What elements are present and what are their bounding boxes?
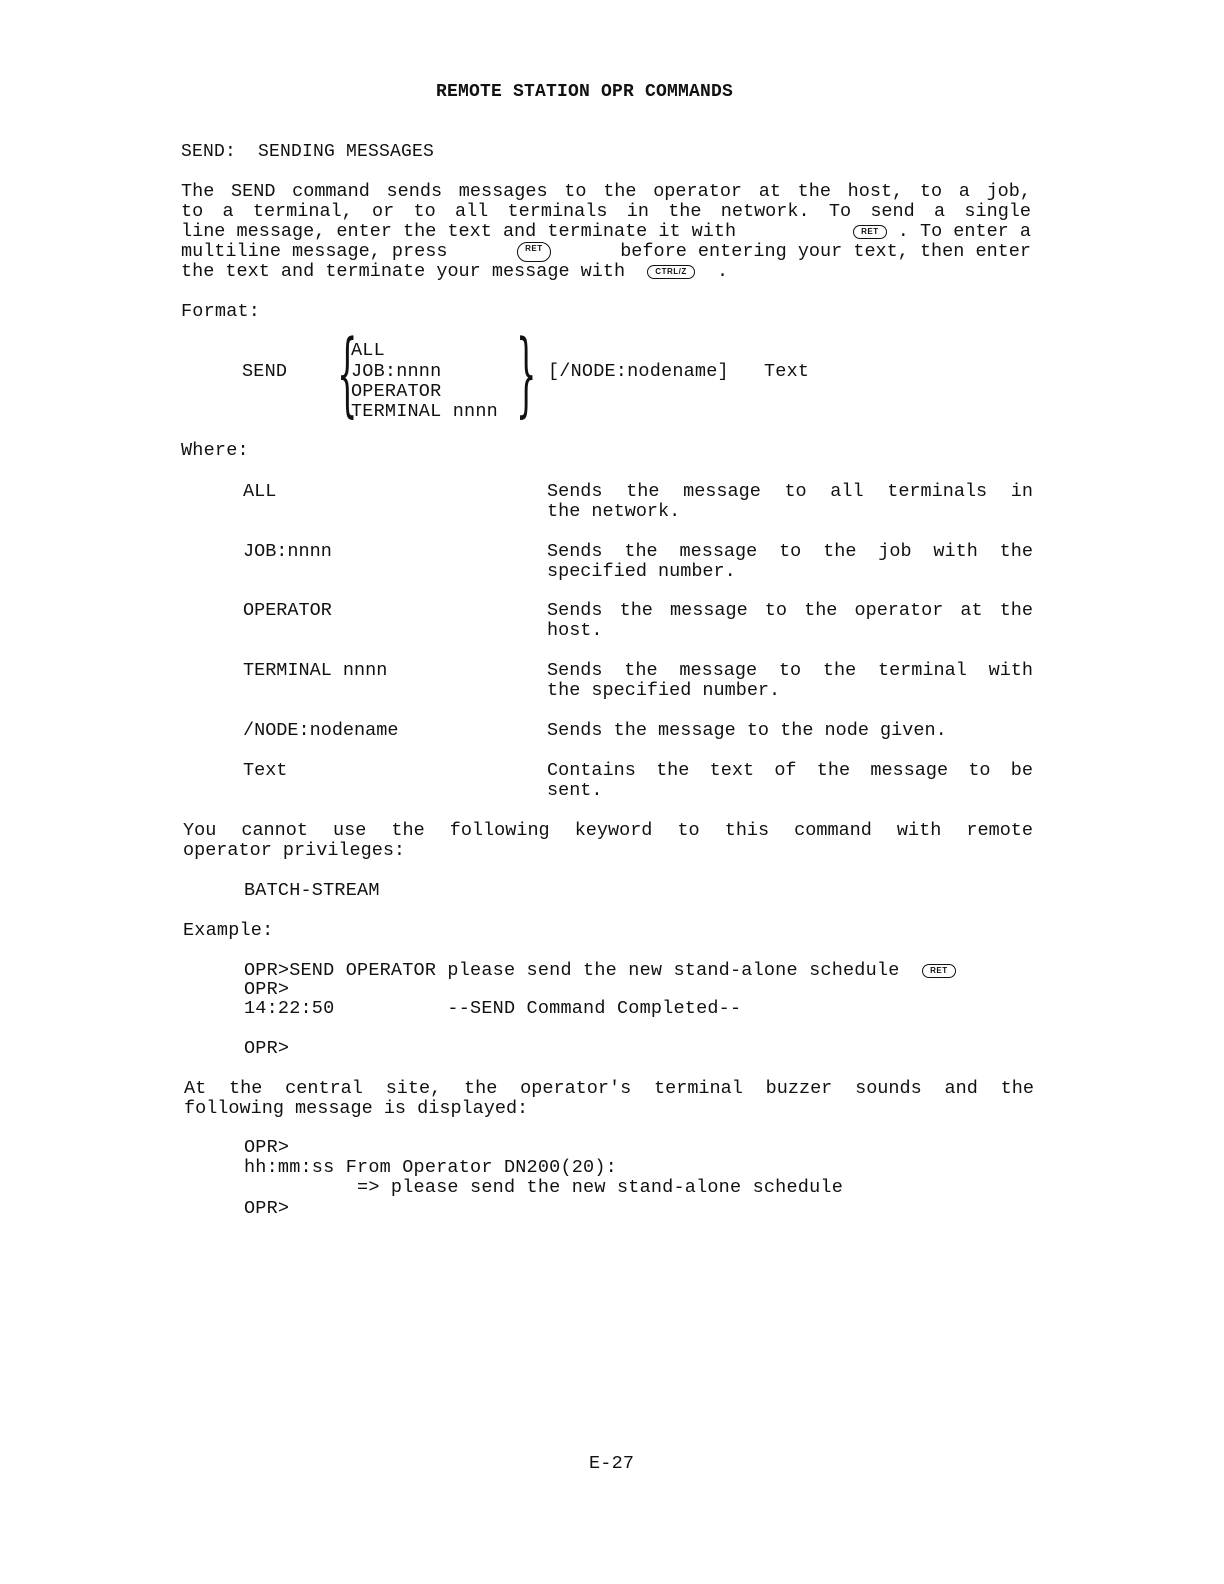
ret-key-icon: RET — [853, 225, 887, 239]
output-line: => please send the new stand-alone sched… — [244, 1178, 843, 1198]
format-option: JOB:nnnn — [351, 362, 441, 382]
intro-line: to a terminal, or to all terminals in th… — [181, 202, 1031, 222]
format-option: OPERATOR — [351, 382, 441, 402]
section-heading: SEND: SENDING MESSAGES — [181, 142, 434, 162]
page-number: E-27 — [589, 1454, 634, 1474]
definition-desc: Contains the text of the message to be s… — [547, 761, 1033, 801]
central-site-paragraph: At the central site, the operator's term… — [184, 1079, 1034, 1119]
example-line: OPR>SEND OPERATOR please send the new st… — [244, 961, 956, 981]
format-node-switch: [/NODE:nodename] — [548, 362, 729, 382]
ctrl-z-key-icon: CTRL/Z — [647, 265, 694, 279]
format-text-arg: Text — [764, 362, 809, 382]
restriction-paragraph: You cannot use the following keyword to … — [183, 821, 1033, 861]
definition-desc: Sends the message to the operator at the… — [547, 601, 1033, 641]
restricted-keyword: BATCH-STREAM — [244, 881, 380, 901]
example-line: OPR> — [244, 980, 289, 1000]
intro-line: The SEND command sends messages to the o… — [181, 182, 1031, 202]
example-label: Example: — [183, 921, 273, 941]
format-option: TERMINAL nnnn — [351, 402, 498, 422]
example-line: OPR> — [244, 1039, 289, 1059]
ret-key-icon: RET — [517, 242, 551, 262]
format-option: ALL — [351, 341, 385, 361]
where-label: Where: — [181, 441, 249, 461]
definition-term: ALL — [243, 482, 276, 502]
example-line: 14:22:50 --SEND Command Completed-- — [244, 999, 741, 1019]
intro-line: line message, enter the text and termina… — [181, 222, 1031, 242]
output-line: OPR> — [244, 1138, 289, 1158]
intro-line: the text and terminate your message with… — [181, 262, 1031, 282]
format-label: Format: — [181, 302, 260, 322]
format-command: SEND — [242, 362, 287, 382]
definition-term: Text — [243, 761, 287, 781]
definition-term: /NODE:nodename — [243, 721, 398, 741]
output-line: OPR> — [244, 1199, 289, 1219]
output-line: hh:mm:ss From Operator DN200(20): — [244, 1158, 617, 1178]
definition-desc: Sends the message to the terminal with t… — [547, 661, 1033, 701]
intro-paragraph: The SEND command sends messages to the o… — [181, 182, 1031, 282]
intro-line: multiline message, press RET before ente… — [181, 242, 1031, 262]
right-brace-icon: } — [516, 332, 536, 416]
definition-term: TERMINAL nnnn — [243, 661, 387, 681]
definition-desc: Sends the message to all terminals in th… — [547, 482, 1033, 522]
definition-term: OPERATOR — [243, 601, 332, 621]
definition-desc: Sends the message to the job with the sp… — [547, 542, 1033, 582]
ret-key-icon: RET — [922, 964, 956, 978]
definition-desc: Sends the message to the node given. — [547, 721, 1033, 741]
page-title: REMOTE STATION OPR COMMANDS — [436, 82, 733, 102]
definition-term: JOB:nnnn — [243, 542, 332, 562]
